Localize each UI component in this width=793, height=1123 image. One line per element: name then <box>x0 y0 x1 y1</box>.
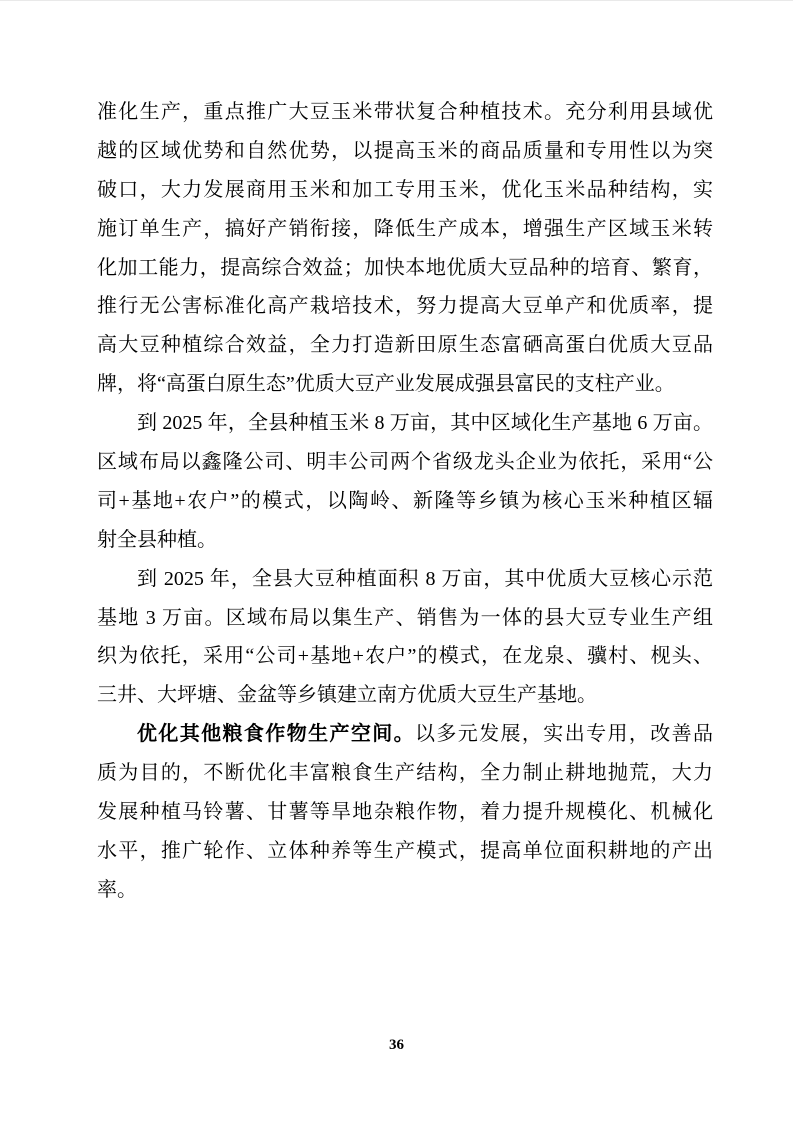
text-line: 三井、大坪塘、金盆等乡镇建立南方优质大豆生产基地。 <box>97 676 713 715</box>
text-line: 准化生产，重点推广大豆玉米带状复合种植技术。充分利用县域优 <box>97 93 713 132</box>
text-line: 高大豆种植综合效益，全力打造新田原生态富硒高蛋白优质大豆品 <box>97 326 713 365</box>
text-line: 到 2025 年，全县种植玉米 8 万亩，其中区域化生产基地 6 万亩。 <box>97 404 713 443</box>
paragraph: 优化其他粮食作物生产空间。以多元发展，实出专用，改善品质为目的，不断优化丰富粮食… <box>97 715 713 909</box>
document-body: 准化生产，重点推广大豆玉米带状复合种植技术。充分利用县域优越的区域优势和自然优势… <box>97 93 713 910</box>
text-line: 率。 <box>97 871 713 910</box>
text-line: 化加工能力，提高综合效益；加快本地优质大豆品种的培育、繁育， <box>97 249 713 288</box>
text-line: 基地 3 万亩。区域布局以集生产、销售为一体的县大豆专业生产组 <box>97 599 713 638</box>
text-line: 推行无公害标准化高产栽培技术，努力提高大豆单产和优质率，提 <box>97 287 713 326</box>
text-line: 区域布局以鑫隆公司、明丰公司两个省级龙头企业为依托，采用“公 <box>97 443 713 482</box>
bold-lead-text: 优化其他粮食作物生产空间。 <box>137 723 415 745</box>
paragraph: 到 2025 年，全县种植玉米 8 万亩，其中区域化生产基地 6 万亩。区域布局… <box>97 404 713 560</box>
page-number: 36 <box>0 1035 793 1055</box>
text-line: 越的区域优势和自然优势，以提高玉米的商品质量和专用性以为突 <box>97 132 713 171</box>
text-line: 到 2025 年，全县大豆种植面积 8 万亩，其中优质大豆核心示范 <box>97 560 713 599</box>
text-line: 发展种植马铃薯、甘薯等旱地杂粮作物，着力提升规模化、机械化 <box>97 793 713 832</box>
text-line: 射全县种植。 <box>97 521 713 560</box>
document-page: 准化生产，重点推广大豆玉米带状复合种植技术。充分利用县域优越的区域优势和自然优势… <box>0 1 793 1123</box>
text-line: 优化其他粮食作物生产空间。以多元发展，实出专用，改善品 <box>97 715 713 754</box>
text-line: 破口，大力发展商用玉米和加工专用玉米，优化玉米品种结构，实 <box>97 171 713 210</box>
text-line: 司+基地+农户”的模式，以陶岭、新隆等乡镇为核心玉米种植区辐 <box>97 482 713 521</box>
text-line: 牌，将“高蛋白原生态”优质大豆产业发展成强县富民的支柱产业。 <box>97 365 713 404</box>
text-line: 水平，推广轮作、立体种养等生产模式，提高单位面积耕地的产出 <box>97 832 713 871</box>
paragraph: 准化生产，重点推广大豆玉米带状复合种植技术。充分利用县域优越的区域优势和自然优势… <box>97 93 713 404</box>
text-line: 织为依托，采用“公司+基地+农户”的模式，在龙泉、骥村、枧头、 <box>97 637 713 676</box>
text-line: 施订单生产，搞好产销衔接，降低生产成本，增强生产区域玉米转 <box>97 210 713 249</box>
paragraph: 到 2025 年，全县大豆种植面积 8 万亩，其中优质大豆核心示范基地 3 万亩… <box>97 560 713 716</box>
text-line: 质为目的，不断优化丰富粮食生产结构，全力制止耕地抛荒，大力 <box>97 754 713 793</box>
